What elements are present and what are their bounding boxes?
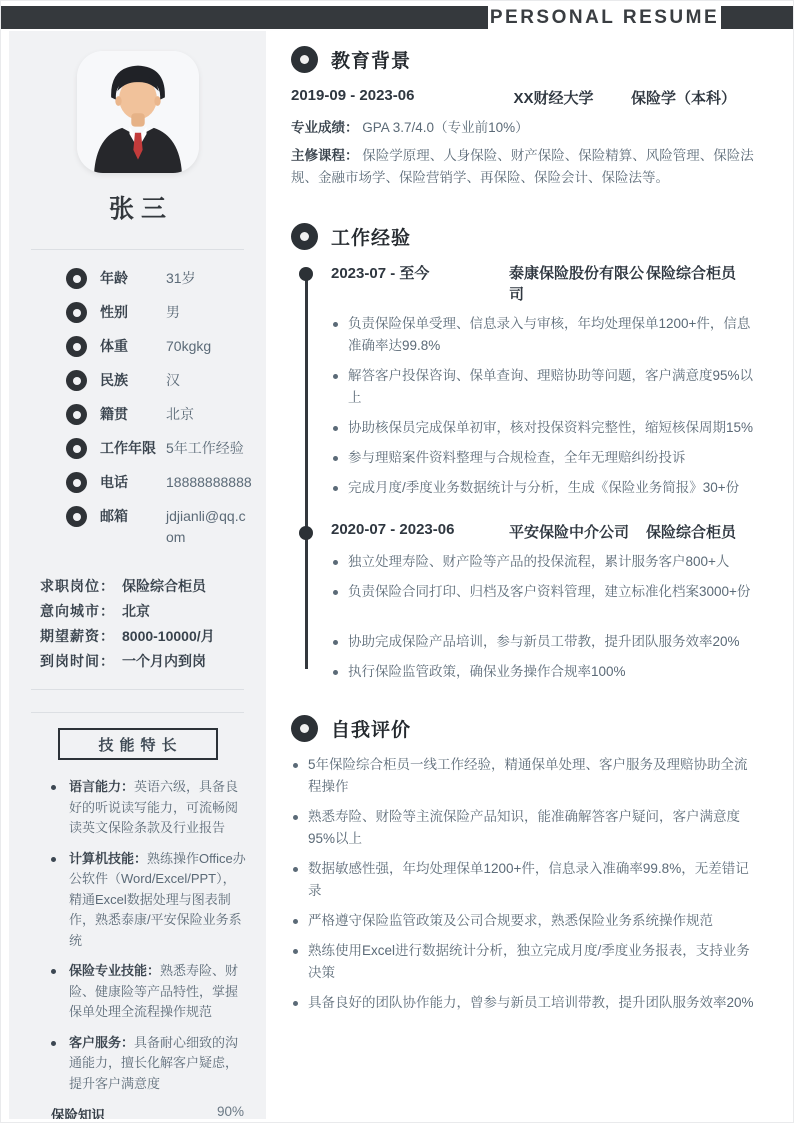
skill-item-language: 语言能力：英语六级，具备良好的听说读写能力，可流畅阅读英文保险条款及行业报告 [51,777,246,839]
job-bullet: 参与理赔案件资料整理与合规检查，全年无理赔纠纷投诉 [331,447,754,469]
bullet-dot-icon [293,763,298,768]
self-evaluation-bullet: 严格遵守保险监管政策及公司合规要求，熟悉保险业务系统操作规范 [291,910,754,932]
bullet-dot-icon [293,919,298,924]
job-company: 平安保险中介公司 [509,521,646,542]
bullet-donut-icon [66,472,87,493]
main-content: 教育背景 2019-09 - 2023-06 XX财经大学 保险学（本科） 专业… [266,46,786,1022]
job-role: 保险综合柜员 [646,262,736,304]
resume-page: PERSONAL RESUME 张三 年龄 [0,0,794,1123]
info-value: 70kgkg [166,336,252,357]
skill-progress-row: 保险知识 90% [9,1104,266,1119]
info-row-email: 邮箱 jdjianli@qq.com [9,506,266,548]
info-row-hometown: 籍贯 北京 [9,404,266,425]
job-bullet: 负责保险保单受理、信息录入与审核，年均处理保单1200+件，信息准确率达99.8… [331,313,754,357]
education-entry: 2019-09 - 2023-06 XX财经大学 保险学（本科） [291,87,754,108]
job-heading: 2020-07 - 2023-06 平安保险中介公司 保险综合柜员 [331,521,754,542]
info-label: 年龄 [100,268,162,289]
intent-label: 期望薪资： [40,624,122,649]
bullet-dot-icon [333,560,338,565]
job-period: 2023-07 - 至今 [331,262,509,304]
job-heading: 2023-07 - 至今 泰康保险股份有限公司 保险综合柜员 [331,262,754,304]
bullet-dot-icon [333,374,338,379]
job-bullet: 负责保险合同打印、归档及客户资料管理，建立标准化档案3000+份 [331,581,754,603]
info-label: 电话 [100,472,162,493]
bullet-dot-icon [333,640,338,645]
page-title: PERSONAL RESUME [488,6,721,29]
bullet-dot-icon [293,1001,298,1006]
bullet-dot-icon [293,949,298,954]
job-role: 保险综合柜员 [646,521,736,542]
header-bar-right [721,6,793,29]
intent-value: 一个月内到岗 [122,649,206,674]
self-evaluation-header: 自我评价 [291,715,754,742]
self-evaluation-bullet: 数据敏感性强，年均处理保单1200+件，信息录入准确率99.8%，无差错记录 [291,858,754,902]
personal-info-list: 年龄 31岁 性别 男 体重 70kgkg 民族 汉 籍贯 北京 [9,268,266,548]
intent-row-position: 求职岗位： 保险综合柜员 [40,574,266,599]
work-timeline: 2023-07 - 至今 泰康保险股份有限公司 保险综合柜员 负责保险保单受理、… [291,262,754,683]
info-value: 18888888888 [166,472,252,493]
info-label: 性别 [100,302,162,323]
intent-label: 到岗时间： [40,649,122,674]
skill-item-insurance: 保险专业技能：熟悉寿险、财险、健康险等产品特性，掌握保单处理全流程操作规范 [51,961,246,1023]
info-label: 体重 [100,336,162,357]
intent-row-salary: 期望薪资： 8000-10000/月 [40,624,266,649]
section-title: 自我评价 [331,715,411,742]
bullet-dot-icon [333,456,338,461]
info-row-weight: 体重 70kgkg [9,336,266,357]
info-label: 工作年限 [100,438,162,459]
job-entry-pingan: 2020-07 - 2023-06 平安保险中介公司 保险综合柜员 独立处理寿险… [291,521,754,683]
self-evaluation-list: 5年保险综合柜员一线工作经验，精通保单处理、客户服务及理赔协助全流程操作 熟悉寿… [291,754,754,1014]
bullet-dot-icon [51,969,56,974]
page-header: PERSONAL RESUME [1,6,793,29]
info-value: 汉 [166,370,252,391]
section-dot-icon [291,46,318,73]
bullet-dot-icon [333,670,338,675]
section-dot-icon [291,223,318,250]
job-company: 泰康保险股份有限公司 [509,262,646,304]
self-evaluation-bullet: 5年保险综合柜员一线工作经验，精通保单处理、客户服务及理赔协助全流程操作 [291,754,754,798]
skill-label: 计算机技能： [69,851,147,866]
section-education: 教育背景 2019-09 - 2023-06 XX财经大学 保险学（本科） 专业… [291,46,754,189]
intent-value: 保险综合柜员 [122,574,206,599]
skills-section-title: 技能特长 [58,728,218,760]
info-row-phone: 电话 18888888888 [9,472,266,493]
info-value: 男 [166,302,252,323]
info-value: 31岁 [166,268,252,289]
gpa-value: GPA 3.7/4.0（专业前10%） [362,120,528,135]
bullet-dot-icon [51,857,56,862]
sidebar-divider [31,712,244,713]
info-row-ethnicity: 民族 汉 [9,370,266,391]
education-gpa: 专业成绩： GPA 3.7/4.0（专业前10%） [291,117,754,139]
bullet-dot-icon [333,590,338,595]
education-courses: 主修课程： 保险学原理、人身保险、财产保险、保险精算、风险管理、保险法规、金融市… [291,145,754,189]
progress-value: 90% [217,1104,244,1119]
sidebar: 张三 年龄 31岁 性别 男 体重 70kgkg 民族 汉 [9,31,266,1119]
bullet-donut-icon [66,370,87,391]
intent-row-city: 意向城市： 北京 [40,599,266,624]
info-value: jdjianli@qq.com [166,506,252,548]
bullet-dot-icon [333,486,338,491]
job-bullet: 协助核保员完成保单初审，核对投保资料完整性，缩短核保周期15% [331,417,754,439]
bullet-dot-icon [333,426,338,431]
self-evaluation-bullet: 具备良好的团队协作能力，曾参与新员工培训带教，提升团队服务效率20% [291,992,754,1014]
sidebar-divider [31,689,244,690]
section-self-evaluation: 自我评价 5年保险综合柜员一线工作经验，精通保单处理、客户服务及理赔协助全流程操… [291,715,754,1014]
skills-list: 语言能力：英语六级，具备良好的听说读写能力，可流畅阅读英文保险条款及行业报告 计… [9,777,266,1094]
job-bullet-list: 负责保险保单受理、信息录入与审核，年均处理保单1200+件，信息准确率达99.8… [331,313,754,499]
education-major: 保险学（本科） [631,87,736,108]
education-school: XX财经大学 [476,87,631,108]
courses-label: 主修课程： [291,148,359,163]
skill-item-computer: 计算机技能：熟练操作Office办公软件（Word/Excel/PPT），精通E… [51,849,246,952]
job-bullet: 执行保险监管政策，确保业务操作合规率100% [331,661,754,683]
sidebar-divider [31,249,244,250]
job-period: 2020-07 - 2023-06 [331,521,509,542]
intent-label: 求职岗位： [40,574,122,599]
info-row-experience-years: 工作年限 5年工作经验 [9,438,266,459]
info-label: 邮箱 [100,506,162,527]
person-name: 张三 [9,189,266,225]
bullet-dot-icon [51,1041,56,1046]
intent-label: 意向城市： [40,599,122,624]
intent-row-availability: 到岗时间： 一个月内到岗 [40,649,266,674]
info-label: 籍贯 [100,404,162,425]
info-value: 北京 [166,404,252,425]
education-period: 2019-09 - 2023-06 [291,87,476,108]
section-title: 工作经验 [331,223,411,250]
gpa-label: 专业成绩： [291,120,359,135]
work-header: 工作经验 [291,223,754,250]
intent-value: 北京 [122,599,150,624]
info-row-gender: 性别 男 [9,302,266,323]
header-bar-left [1,6,488,29]
bullet-donut-icon [66,336,87,357]
self-evaluation-bullet: 熟练使用Excel进行数据统计分析，独立完成月度/季度业务报表，支持业务决策 [291,940,754,984]
avatar-illustration [77,51,199,173]
courses-value: 保险学原理、人身保险、财产保险、保险精算、风险管理、保险法规、金融市场学、保险营… [291,148,754,185]
job-entry-taikang: 2023-07 - 至今 泰康保险股份有限公司 保险综合柜员 负责保险保单受理、… [291,262,754,499]
bullet-dot-icon [293,815,298,820]
bullet-donut-icon [66,302,87,323]
job-bullet: 独立处理寿险、财产险等产品的投保流程，累计服务客户800+人 [331,551,754,573]
section-dot-icon [291,715,318,742]
bullet-dot-icon [293,867,298,872]
skill-label: 客户服务： [69,1035,134,1050]
avatar [77,51,199,173]
intent-value: 8000-10000/月 [122,624,215,649]
info-row-age: 年龄 31岁 [9,268,266,289]
bullet-donut-icon [66,268,87,289]
self-evaluation-bullet: 熟悉寿险、财险等主流保险产品知识，能准确解答客户疑问，客户满意度95%以上 [291,806,754,850]
education-header: 教育背景 [291,46,754,73]
skill-item-service: 客户服务：具备耐心细致的沟通能力，擅长化解客户疑虑，提升客户满意度 [51,1033,246,1095]
job-bullet-list: 独立处理寿险、财产险等产品的投保流程，累计服务客户800+人 负责保险合同打印、… [331,551,754,683]
job-bullet: 协助完成保险产品培训，参与新员工带教，提升团队服务效率20% [331,631,754,653]
progress-label: 保险知识 [51,1104,105,1119]
section-work-experience: 工作经验 2023-07 - 至今 泰康保险股份有限公司 保险综合柜员 负责保险… [291,223,754,683]
info-value: 5年工作经验 [166,438,252,459]
skill-label: 语言能力： [69,779,134,794]
info-label: 民族 [100,370,162,391]
job-bullet: 完成月度/季度业务数据统计与分析，生成《保险业务简报》30+份 [331,477,754,499]
bullet-donut-icon [66,438,87,459]
job-intent-list: 求职岗位： 保险综合柜员 意向城市： 北京 期望薪资： 8000-10000/月… [9,574,266,674]
timeline-dot-icon [299,526,313,540]
job-bullet: 解答客户投保咨询、保单查询、理赔协助等问题，客户满意度95%以上 [331,365,754,409]
bullet-dot-icon [51,785,56,790]
skill-label: 保险专业技能： [69,963,160,978]
section-title: 教育背景 [331,46,411,73]
timeline-dot-icon [299,267,313,281]
bullet-dot-icon [333,322,338,327]
bullet-donut-icon [66,404,87,425]
bullet-donut-icon [66,506,87,527]
